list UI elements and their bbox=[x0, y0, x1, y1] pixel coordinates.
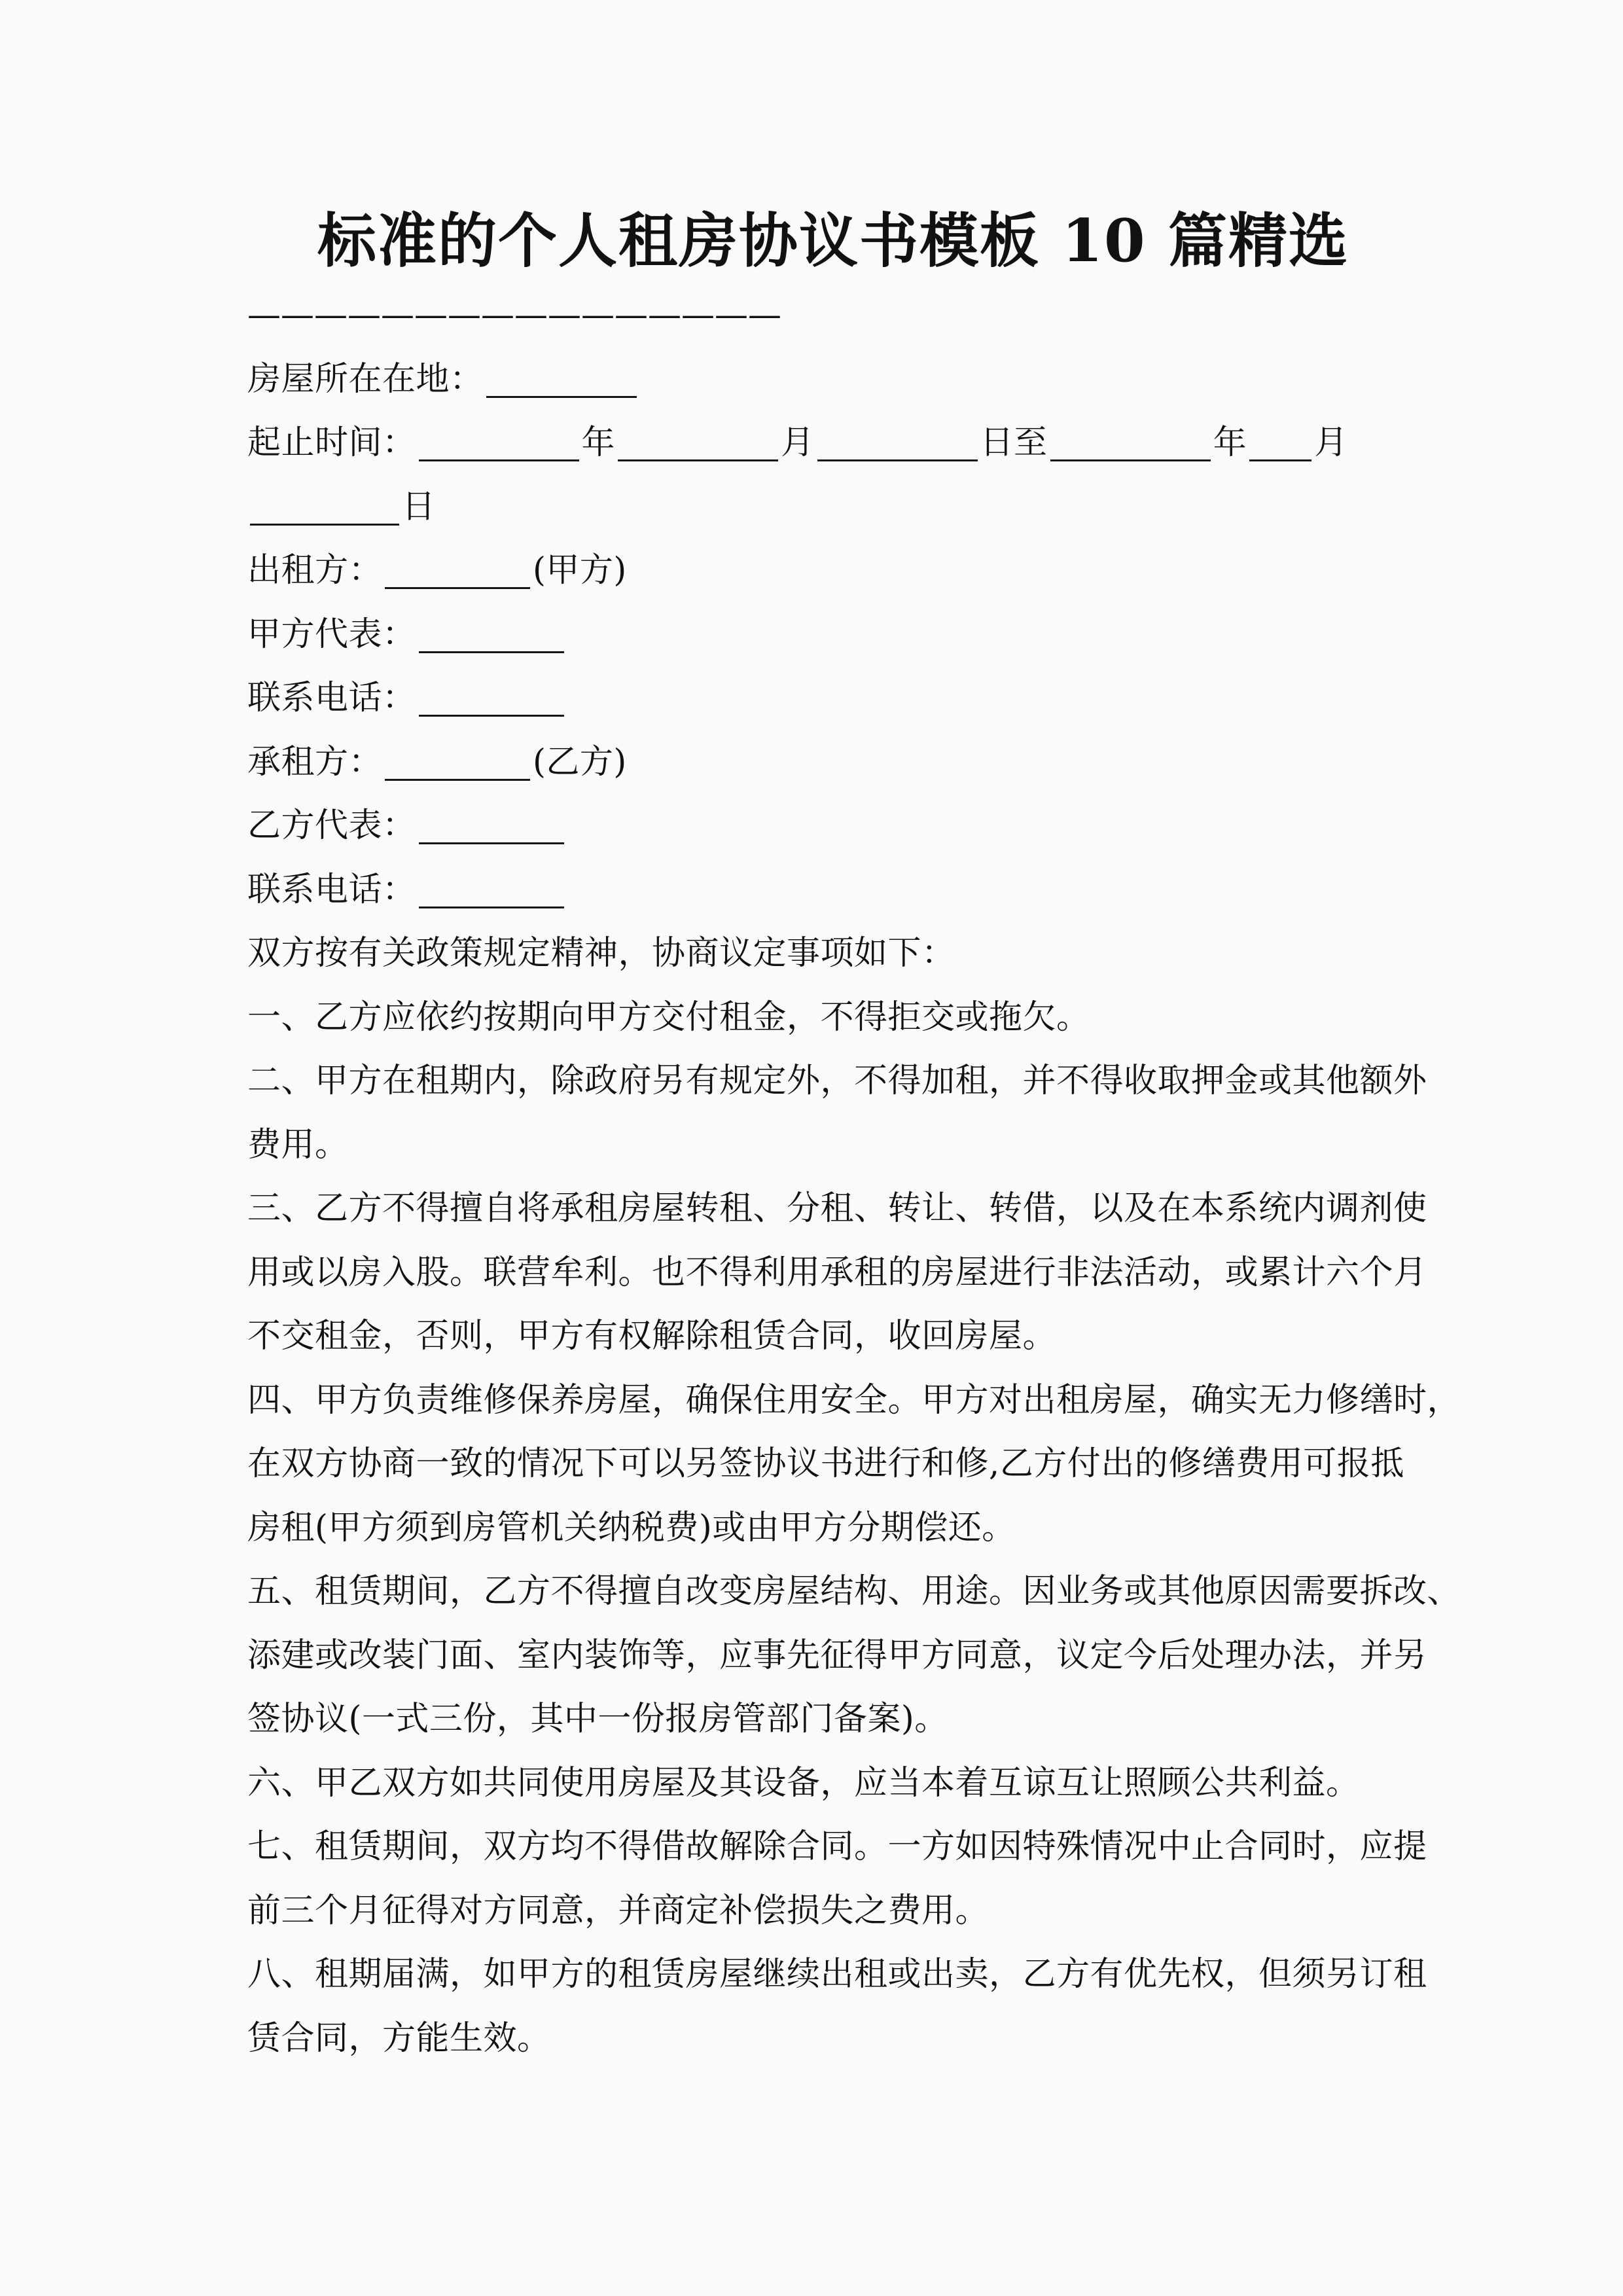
form-label: 起止时间： bbox=[247, 423, 416, 462]
form-line: 甲方代表： bbox=[247, 603, 1419, 667]
fill-in-blank bbox=[817, 426, 978, 461]
form-line: 出租方：(甲方) bbox=[247, 539, 1419, 603]
fill-in-blank bbox=[419, 426, 579, 461]
clause-line: 八、租期届满，如甲方的租赁房屋继续出租或出卖，乙方有优先权，但须另订租 bbox=[247, 1943, 1419, 2007]
fill-in-blank bbox=[419, 809, 564, 844]
clause-line: 一、乙方应依约按期向甲方交付租金，不得拒交或拖欠。 bbox=[247, 986, 1419, 1050]
clause-line: 赁合同，方能生效。 bbox=[247, 2007, 1419, 2071]
clauses-section: 双方按有关政策规定精神，协商议定事项如下：一、乙方应依约按期向甲方交付租金，不得… bbox=[247, 922, 1419, 2070]
form-label: 联系电话： bbox=[247, 870, 416, 909]
clause-line: 不交租金，否则，甲方有权解除租赁合同，收回房屋。 bbox=[247, 1304, 1419, 1369]
form-label: 月 bbox=[781, 423, 815, 462]
form-line: 联系电话： bbox=[247, 666, 1419, 730]
form-label: 甲方代表： bbox=[247, 615, 416, 654]
fill-in-blank bbox=[385, 554, 530, 589]
fill-in-blank bbox=[419, 681, 564, 717]
clause-line: 签协议(一式三份，其中一份报房管部门备案)。 bbox=[247, 1687, 1419, 1751]
fill-in-blank bbox=[486, 363, 637, 398]
title-divider: ———————————————— bbox=[247, 283, 1419, 348]
clause-line: 在双方协商一致的情况下可以另签协议书进行和修,乙方付出的修缮费用可报抵 bbox=[247, 1432, 1419, 1496]
clause-line: 六、甲乙双方如共同使用房屋及其设备，应当本着互谅互让照顾公共利益。 bbox=[247, 1751, 1419, 1816]
form-line: 房屋所在在地： bbox=[247, 348, 1419, 412]
form-line: 承租方：(乙方) bbox=[247, 730, 1419, 795]
fill-in-blank bbox=[1249, 426, 1311, 461]
clause-line: 房租(甲方须到房管机关纳税费)或由甲方分期偿还。 bbox=[247, 1496, 1419, 1560]
form-label: 日至 bbox=[980, 423, 1048, 462]
clause-line: 七、租赁期间，双方均不得借故解除合同。一方如因特殊情况中止合同时，应提 bbox=[247, 1815, 1419, 1879]
clause-line: 四、甲方负责维修保养房屋，确保住用安全。甲方对出租房屋，确实无力修缮时， bbox=[247, 1369, 1419, 1433]
form-label: (甲方) bbox=[533, 551, 627, 590]
form-label: 日 bbox=[402, 488, 436, 526]
fill-in-blank bbox=[385, 745, 530, 781]
fill-in-blank bbox=[618, 426, 778, 461]
clause-line: 二、甲方在租期内，除政府另有规定外，不得加租，并不得收取押金或其他额外 bbox=[247, 1049, 1419, 1113]
clause-line: 双方按有关政策规定精神，协商议定事项如下： bbox=[247, 922, 1419, 986]
form-label: 年 bbox=[582, 423, 616, 462]
form-label: (乙方) bbox=[533, 743, 627, 781]
clause-line: 添建或改装门面、室内装饰等，应事先征得甲方同意，议定今后处理办法，并另 bbox=[247, 1624, 1419, 1688]
clause-line: 前三个月征得对方同意，并商定补偿损失之费用。 bbox=[247, 1879, 1419, 1943]
form-label: 联系电话： bbox=[247, 679, 416, 717]
form-label: 月 bbox=[1314, 423, 1348, 462]
document-content: 标准的个人租房协议书模板 10 篇精选 ———————————————— 房屋所… bbox=[247, 198, 1419, 2070]
form-line: 联系电话： bbox=[247, 858, 1419, 922]
clause-line: 费用。 bbox=[247, 1113, 1419, 1177]
form-line: 日 bbox=[247, 475, 1419, 539]
form-label: 房屋所在在地： bbox=[247, 360, 484, 399]
form-label: 出租方： bbox=[247, 551, 382, 590]
form-fields-section: 房屋所在在地：起止时间：年月日至年月日出租方：(甲方)甲方代表：联系电话：承租方… bbox=[247, 348, 1419, 922]
fill-in-blank bbox=[419, 873, 564, 908]
form-label: 年 bbox=[1213, 423, 1247, 462]
form-line: 乙方代表： bbox=[247, 794, 1419, 858]
page-title: 标准的个人租房协议书模板 10 篇精选 bbox=[247, 198, 1419, 283]
form-label: 承租方： bbox=[247, 743, 382, 781]
clause-line: 三、乙方不得擅自将承租房屋转租、分租、转让、转借，以及在本系统内调剂使 bbox=[247, 1177, 1419, 1241]
fill-in-blank bbox=[419, 618, 564, 653]
form-label: 乙方代表： bbox=[247, 806, 416, 845]
clause-line: 用或以房入股。联营牟利。也不得利用承租的房屋进行非法活动，或累计六个月 bbox=[247, 1241, 1419, 1305]
document-page: 标准的个人租房协议书模板 10 篇精选 ———————————————— 房屋所… bbox=[0, 0, 1623, 2296]
clause-line: 五、租赁期间，乙方不得擅自改变房屋结构、用途。因业务或其他原因需要拆改、 bbox=[247, 1560, 1419, 1624]
form-line: 起止时间：年月日至年月 bbox=[247, 411, 1419, 475]
fill-in-blank bbox=[1050, 426, 1211, 461]
fill-in-blank bbox=[250, 490, 399, 526]
